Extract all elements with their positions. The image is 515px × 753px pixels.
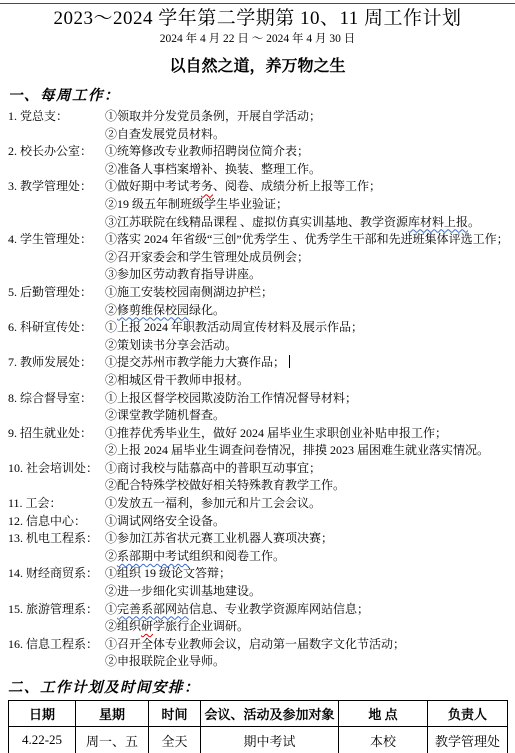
task-text: ①提交苏州市教学能力大赛作品； — [105, 355, 285, 369]
work-item: 10. 社会培训处：①商讨我校与陆慕高中的普职互动事宜；②配合特殊学校做好相关特… — [8, 460, 515, 495]
work-item: 15. 旅游管理系：①完善系部网站信息、专业教学资源库网站信息；②组织研学旅行企… — [8, 601, 515, 636]
task-line: ②召开家委会和学生管理处成员例会； — [105, 249, 515, 267]
date-range: 2024 年 4 月 22 日 ～ 2024 年 4 月 30 日 — [0, 32, 515, 47]
task-text: ① — [105, 602, 117, 616]
task-line: ②准备人事档案增补、换装、整理工作。 — [105, 161, 515, 179]
task-line: ③江苏联院在线精品课程 、虚拟仿真实训基地、教学资源库材料上报。 — [105, 214, 515, 232]
task-line: ①做好期中考试考务、阅卷、成绩分析上报等工作； — [105, 178, 515, 196]
task-text: ②组织 — [105, 619, 141, 633]
task-text: ①召开全体专业教师会议，启动第一届数字文化节活动； — [105, 637, 405, 651]
task-list: ①领取并分发党员条例，开展自学活动；②自查发展党员材料。 — [105, 108, 515, 143]
task-line: ①商讨我校与陆慕高中的普职互动事宜； — [105, 460, 515, 478]
task-text: 信息、专业教学资源库网站信息； — [189, 602, 369, 616]
weekly-work-list: 1. 党总支：①领取并分发党员条例，开展自学活动；②自查发展党员材料。2. 校长… — [8, 108, 515, 671]
task-text: ①商讨我校与陆慕高中的普职互动事宜； — [105, 461, 321, 475]
task-line: ①发放五一福利，参加元和片工会会议。 — [105, 495, 515, 513]
work-item: 11. 工会：①发放五一福利，参加元和片工会会议。 — [8, 495, 515, 513]
task-text: ①上报区督学校园欺凌防治工作情况督导材料； — [105, 391, 357, 405]
column-header: 会议、活动及参加对象 — [201, 701, 339, 727]
task-text: 、阅卷、成绩分析上报等工作； — [213, 179, 381, 193]
work-item: 9. 招生就业处：①推荐优秀毕业生，做好 2024 届毕业生求职创业补贴申报工作… — [8, 425, 515, 460]
dept-label: 11. 工会： — [8, 495, 105, 513]
work-item: 13. 机电工程系：①参加江苏省状元赛工业机器人赛项决赛；②系部期中考试组织和阅… — [8, 530, 515, 565]
task-line: ②配合特殊学校做好相关特殊教育教学工作。 — [105, 477, 515, 495]
task-line: ③参加区劳动教育指导讲座。 — [105, 266, 515, 284]
table-cell: 教学管理处 — [428, 727, 508, 753]
task-text: ② — [105, 549, 117, 563]
task-text: ①发放五一福利，参加元和片工会会议。 — [105, 496, 321, 510]
task-text: ②课堂教学随机督查。 — [105, 408, 225, 422]
task-list: ①推荐优秀毕业生，做好 2024 届毕业生求职创业补贴申报工作；②上报 2024… — [105, 425, 515, 460]
task-list: ①落实 2024 年省级“三创”优秀学生 、优秀学生干部和先进班集体评选工作；②… — [105, 231, 515, 284]
task-text: ②召开家委会和学生管理处成员例会； — [105, 250, 309, 264]
dept-label: 8. 综合督导室： — [8, 390, 105, 408]
spellcheck-segment: 研 — [141, 619, 153, 633]
task-text: ②进一步细化实训基地建设。 — [105, 584, 261, 598]
work-item: 8. 综合督导室：①上报区督学校园欺凌防治工作情况督导材料；②课堂教学随机督查。 — [8, 390, 515, 425]
task-list: ①发放五一福利，参加元和片工会会议。 — [105, 495, 515, 513]
task-list: ①施工安装校园南侧湖边护栏；②修剪维保校园绿化。 — [105, 284, 515, 319]
work-item: 5. 后勤管理处：①施工安装校园南侧湖边护栏；②修剪维保校园绿化。 — [8, 284, 515, 319]
task-line: ①领取并分发党员条例，开展自学活动； — [105, 108, 515, 126]
task-list: ①调试网络安全设备。 — [105, 513, 515, 531]
table-cell: 4.22-25 — [9, 727, 76, 753]
spellcheck-segment: 务 — [201, 179, 213, 193]
task-text: ②准备人事档案增补、换装、整理工作。 — [105, 162, 321, 176]
task-text: ①统筹修改专业教师招聘岗位简介表； — [105, 144, 309, 158]
task-list: ①提交苏州市教学能力大赛作品；②相城区骨干教师申报材。 — [105, 354, 515, 389]
dept-label: 3. 教学管理处： — [8, 178, 105, 196]
task-list: ①上报 2024 年职教活动周宣传材料及展示作品；②策划读书分享会活动。 — [105, 319, 515, 354]
task-text: ②自查发展党员材料。 — [105, 127, 225, 141]
table-header-row: 日期星期时间会议、活动及参加对象地 点负责人 — [9, 701, 508, 727]
task-line: ①召开全体专业教师会议，启动第一届数字文化节活动； — [105, 636, 515, 654]
dept-label: 5. 后勤管理处： — [8, 284, 105, 302]
text-cursor — [289, 355, 290, 368]
schedule-table: 日期星期时间会议、活动及参加对象地 点负责人 4.22-25周一、五全天期中考试… — [8, 700, 508, 753]
task-list: ①召开全体专业教师会议，启动第一届数字文化节活动；②申报联院企业导师。 — [105, 636, 515, 671]
task-line: ②上报 2024 届毕业生调查问卷情况，排摸 2023 届困难生就业落实情况。 — [105, 442, 515, 460]
spellcheck-segment: 系部期中考试 — [117, 549, 189, 563]
task-text: ②策划读书分享会活动。 — [105, 338, 237, 352]
task-text: 绿化。 — [189, 303, 225, 317]
task-text: ②19 级五年制班级学生毕业验证； — [105, 197, 288, 211]
task-line: ①落实 2024 年省级“三创”优秀学生 、优秀学生干部和先进班集体评选工作； — [105, 231, 515, 249]
task-text: ②上报 2024 届毕业生调查问卷情况，排摸 2023 届困难生就业落实情况。 — [105, 443, 489, 457]
task-text: ①参加江苏省状元赛工业机器人赛项决赛； — [105, 531, 333, 545]
work-item: 2. 校长办公室：①统筹修改专业教师招聘岗位简介表；②准备人事档案增补、换装、整… — [8, 143, 515, 178]
dept-label: 12. 信息中心： — [8, 513, 105, 531]
task-line: ①参加江苏省状元赛工业机器人赛项决赛； — [105, 530, 515, 548]
page-title: 2023～2024 学年第二学期第 10、11 周工作计划 — [0, 6, 515, 32]
document-page: 2023～2024 学年第二学期第 10、11 周工作计划 2024 年 4 月… — [0, 3, 515, 753]
work-item: 4. 学生管理处：①落实 2024 年省级“三创”优秀学生 、优秀学生干部和先进… — [8, 231, 515, 284]
task-text: ①做好期中考试考 — [105, 179, 201, 193]
task-text: ② — [105, 303, 117, 317]
task-line: ①组织 19 级论文答辩； — [105, 565, 515, 583]
dept-label: 10. 社会培训处： — [8, 460, 105, 478]
task-line: ①施工安装校园南侧湖边护栏； — [105, 284, 515, 302]
task-list: ①上报区督学校园欺凌防治工作情况督导材料；②课堂教学随机督查。 — [105, 390, 515, 425]
column-header: 星期 — [76, 701, 149, 727]
task-line: ②相城区骨干教师申报材。 — [105, 372, 515, 390]
dept-label: 15. 旅游管理系： — [8, 601, 105, 619]
work-item: 6. 科研宣传处：①上报 2024 年职教活动周宣传材料及展示作品；②策划读书分… — [8, 319, 515, 354]
task-text: ①调试网络安全设备。 — [105, 514, 225, 528]
work-item: 1. 党总支：①领取并分发党员条例，开展自学活动；②自查发展党员材料。 — [8, 108, 515, 143]
dept-label: 13. 机电工程系： — [8, 530, 105, 548]
task-line: ①上报 2024 年职教活动周宣传材料及展示作品； — [105, 319, 515, 337]
task-line: ①完善系部网站信息、专业教学资源库网站信息； — [105, 601, 515, 619]
motto: 以自然之道，养万物之生 — [0, 56, 515, 78]
column-header: 日期 — [9, 701, 76, 727]
task-list: ①参加江苏省状元赛工业机器人赛项决赛；②系部期中考试组织和阅卷工作。 — [105, 530, 515, 565]
dept-label: 6. 科研宣传处： — [8, 319, 105, 337]
column-header: 负责人 — [428, 701, 508, 727]
task-line: ②策划读书分享会活动。 — [105, 337, 515, 355]
table-cell: 全天 — [149, 727, 201, 753]
section2-heading: 二、工作计划及时间安排： — [8, 678, 515, 698]
task-text: 组织和阅卷工作。 — [189, 549, 285, 563]
task-list: ①做好期中考试考务、阅卷、成绩分析上报等工作；②19 级五年制班级学生毕业验证；… — [105, 178, 515, 231]
task-line: ②申报联院企业导师。 — [105, 653, 515, 671]
dept-label: 9. 招生就业处： — [8, 425, 105, 443]
task-text: ①落实 2024 年省级“三创”优秀学生 、优秀学生干部和先进班集体评选工作； — [105, 232, 509, 246]
task-list: ①商讨我校与陆慕高中的普职互动事宜；②配合特殊学校做好相关特殊教育教学工作。 — [105, 460, 515, 495]
spellcheck-segment: 库材料上报 — [408, 215, 468, 229]
work-item: 14. 财经商贸系：①组织 19 级论文答辩；②进一步细化实训基地建设。 — [8, 565, 515, 600]
column-header: 地 点 — [339, 701, 428, 727]
task-text: ②申报联院企业导师。 — [105, 654, 225, 668]
spellcheck-segment: 修剪维保校园 — [117, 303, 189, 317]
task-list: ①组织 19 级论文答辩；②进一步细化实训基地建设。 — [105, 565, 515, 600]
work-item: 7. 教师发展处：①提交苏州市教学能力大赛作品；②相城区骨干教师申报材。 — [8, 354, 515, 389]
dept-label: 16. 信息工程系： — [8, 636, 105, 654]
work-item: 3. 教学管理处：①做好期中考试考务、阅卷、成绩分析上报等工作；②19 级五年制… — [8, 178, 515, 231]
task-text: ①推荐优秀毕业生，做好 2024 届毕业生求职创业补贴申报工作； — [105, 426, 447, 440]
task-line: ②自查发展党员材料。 — [105, 126, 515, 144]
dept-label: 14. 财经商贸系： — [8, 565, 105, 583]
task-text: 学旅行企业调研。 — [153, 619, 249, 633]
table-row: 4.22-25周一、五全天期中考试本校教学管理处 — [9, 727, 508, 753]
task-text: ①领取并分发党员条例，开展自学活动； — [105, 109, 321, 123]
task-line: ①推荐优秀毕业生，做好 2024 届毕业生求职创业补贴申报工作； — [105, 425, 515, 443]
work-item: 16. 信息工程系：①召开全体专业教师会议，启动第一届数字文化节活动；②申报联院… — [8, 636, 515, 671]
task-text: ①上报 2024 年职教活动周宣传材料及展示作品； — [105, 320, 363, 334]
table-cell: 本校 — [339, 727, 428, 753]
task-line: ①调试网络安全设备。 — [105, 513, 515, 531]
task-line: ②进一步细化实训基地建设。 — [105, 583, 515, 601]
task-text: ③江苏联院在线精品课程 、虚拟仿真实训基地、教学资源 — [105, 215, 408, 229]
task-line: ②课堂教学随机督查。 — [105, 407, 515, 425]
task-line: ②修剪维保校园绿化。 — [105, 302, 515, 320]
table-cell: 期中考试 — [201, 727, 339, 753]
task-line: ①上报区督学校园欺凌防治工作情况督导材料； — [105, 390, 515, 408]
task-line: ②19 级五年制班级学生毕业验证； — [105, 196, 515, 214]
task-text: ②相城区骨干教师申报材。 — [105, 373, 249, 387]
task-line: ①提交苏州市教学能力大赛作品； — [105, 354, 515, 372]
task-line: ②系部期中考试组织和阅卷工作。 — [105, 548, 515, 566]
task-text: ①施工安装校园南侧湖边护栏； — [105, 285, 273, 299]
spellcheck-segment: 完善系部网站 — [117, 602, 189, 616]
table-cell: 周一、五 — [76, 727, 149, 753]
task-text: ③参加区劳动教育指导讲座。 — [105, 267, 261, 281]
task-line: ②组织研学旅行企业调研。 — [105, 618, 515, 636]
task-text: 。 — [468, 215, 480, 229]
task-list: ①统筹修改专业教师招聘岗位简介表；②准备人事档案增补、换装、整理工作。 — [105, 143, 515, 178]
dept-label: 4. 学生管理处： — [8, 231, 105, 249]
task-text: ②配合特殊学校做好相关特殊教育教学工作。 — [105, 478, 345, 492]
dept-label: 2. 校长办公室： — [8, 143, 105, 161]
column-header: 时间 — [149, 701, 201, 727]
task-line: ①统筹修改专业教师招聘岗位简介表； — [105, 143, 515, 161]
top-rule — [0, 3, 515, 4]
work-item: 12. 信息中心：①调试网络安全设备。 — [8, 513, 515, 531]
dept-label: 7. 教师发展处： — [8, 354, 105, 372]
dept-label: 1. 党总支： — [8, 108, 105, 126]
task-list: ①完善系部网站信息、专业教学资源库网站信息；②组织研学旅行企业调研。 — [105, 601, 515, 636]
section1-heading: 一、每周工作： — [8, 86, 515, 106]
task-text: ①组织 19 级论文答辩； — [105, 566, 231, 580]
